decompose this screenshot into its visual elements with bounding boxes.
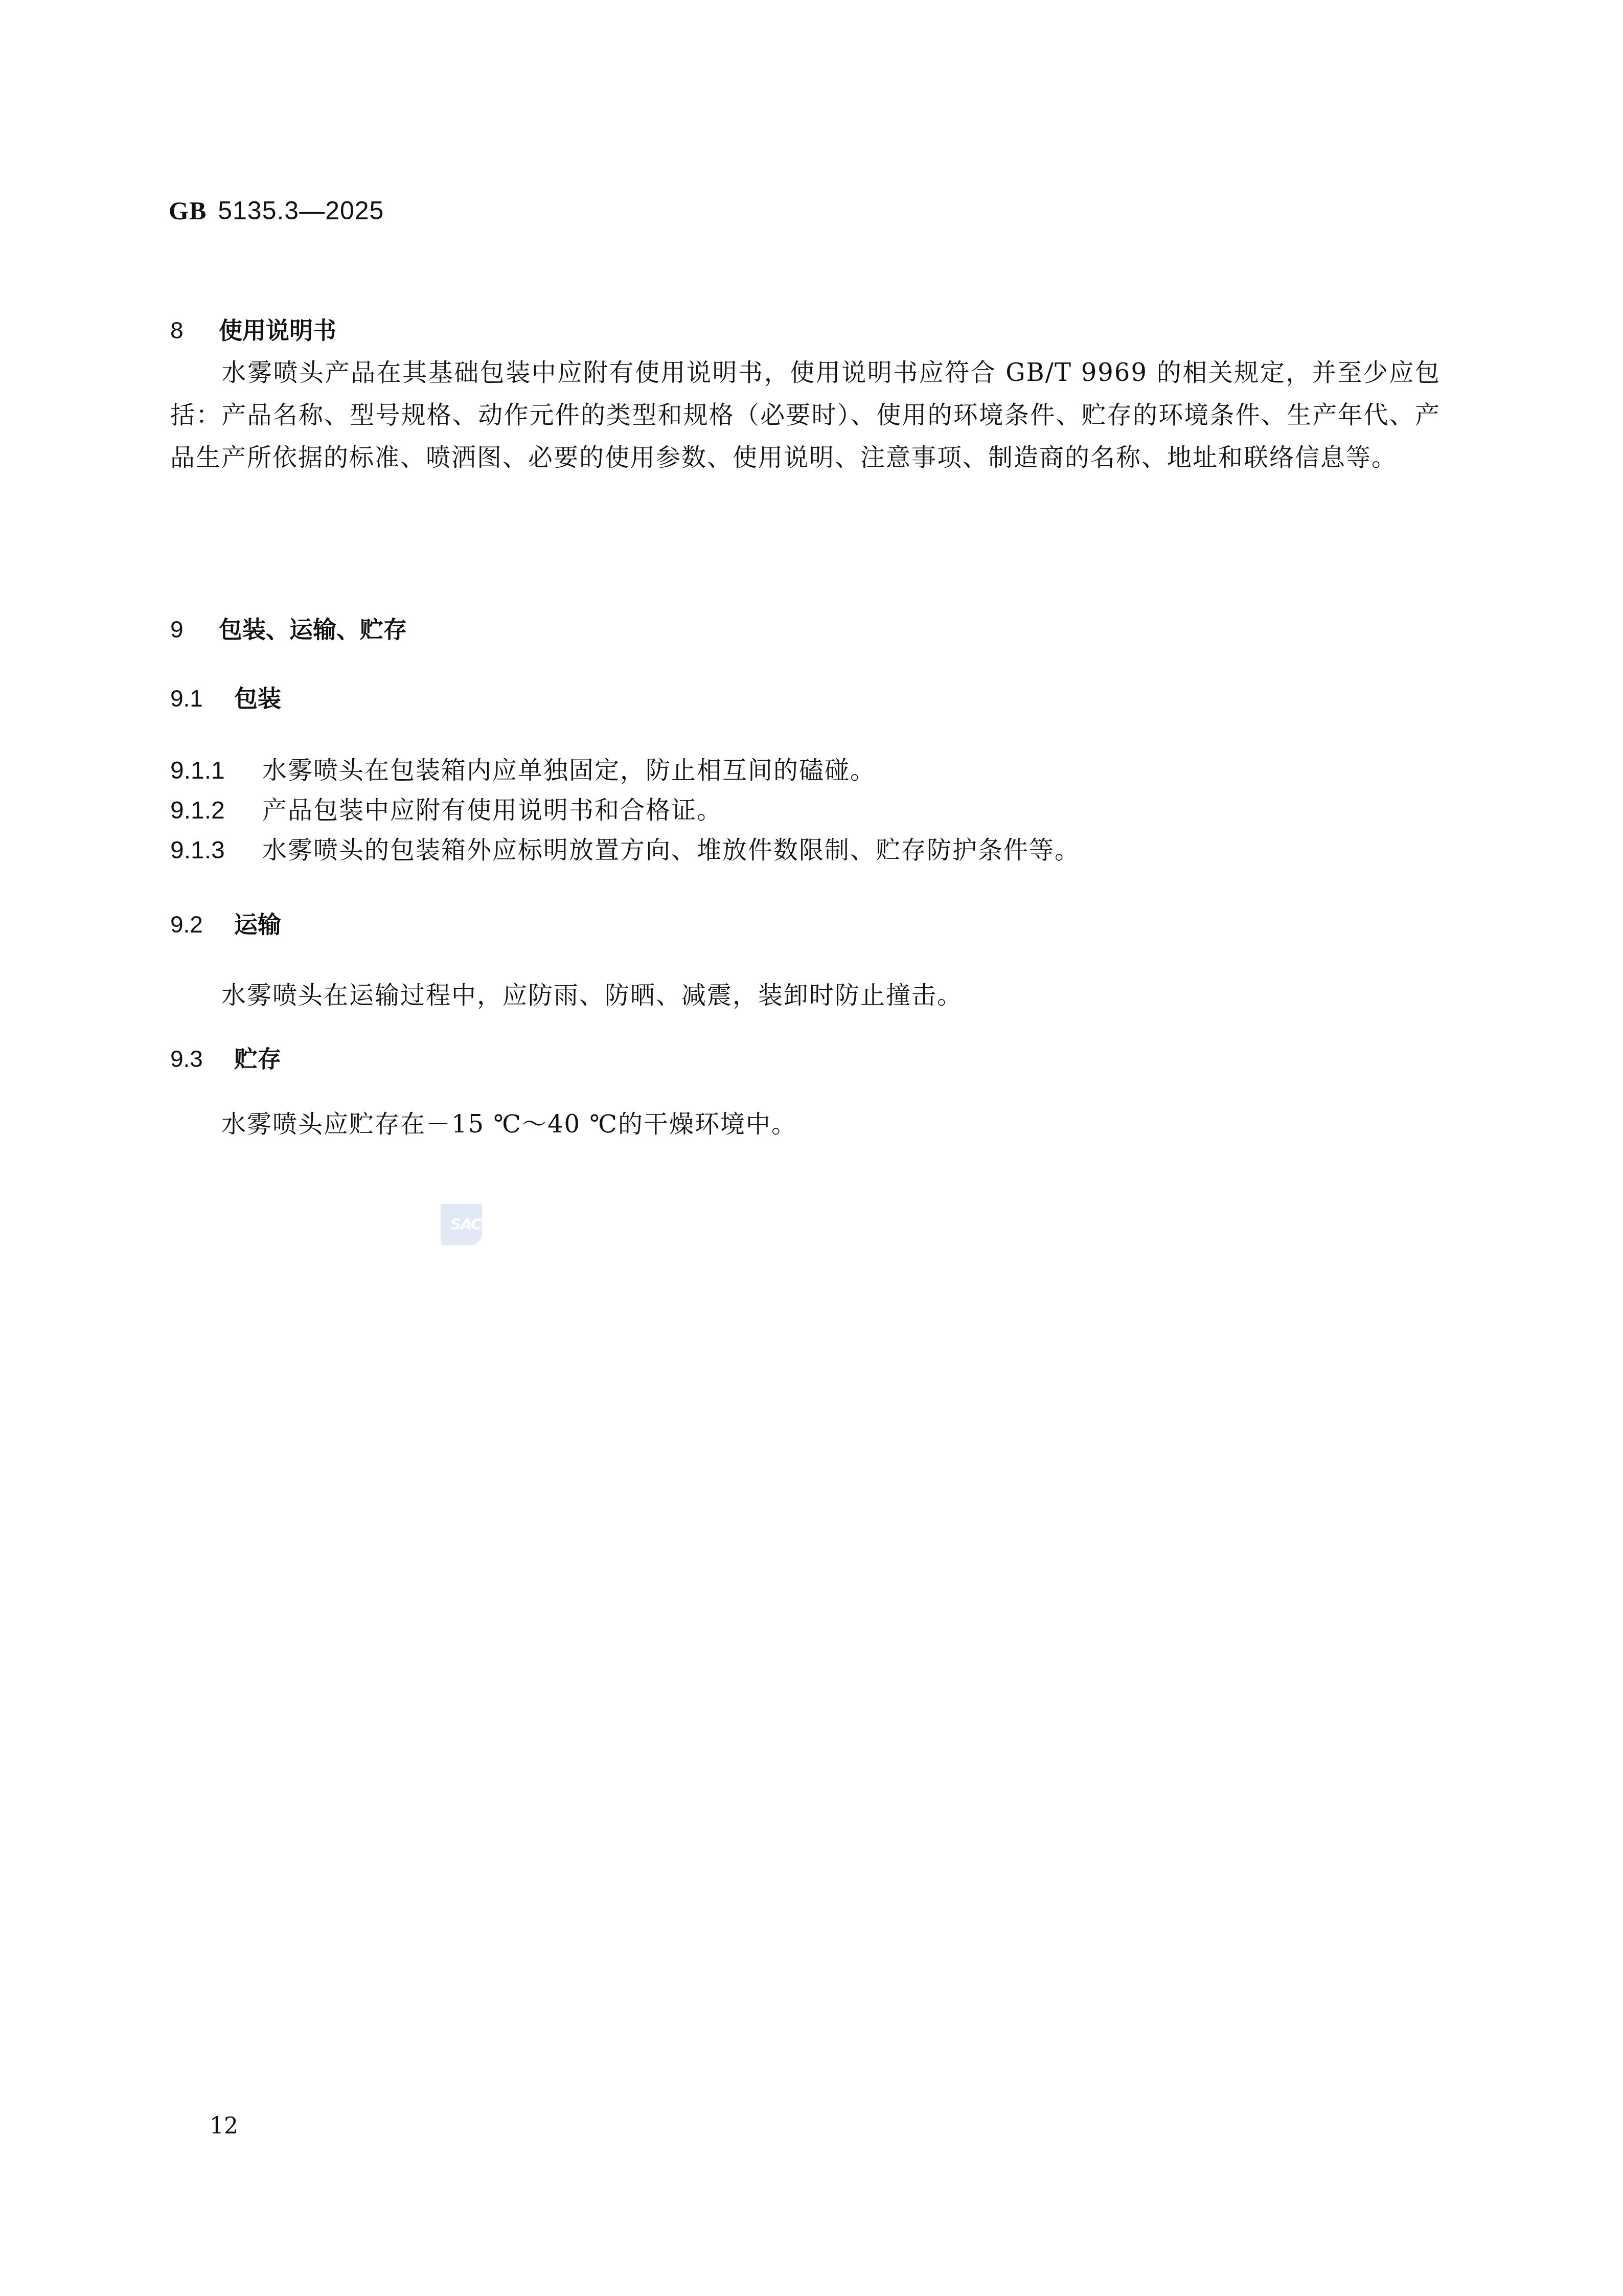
section-9-heading: 9包装、运输、贮存 [170, 611, 407, 645]
section-number: 9 [170, 616, 219, 643]
section-title: 使用说明书 [219, 316, 336, 344]
section-8-paragraph: 水雾喷头产品在其基础包装中应附有使用说明书，使用说明书应符合 GB/T 9969… [170, 352, 1441, 479]
section-title: 贮存 [234, 1045, 281, 1073]
clause-number: 9.1.1 [170, 757, 262, 785]
watermark-label: SAC [450, 1216, 481, 1234]
standard-code: GB5135.3—2025 [169, 196, 384, 225]
section-number: 9.3 [170, 1045, 234, 1073]
section-title: 包装 [234, 685, 281, 712]
section-title: 运输 [234, 911, 281, 938]
paragraph-text: 水雾喷头产品在其基础包装中应附有使用说明书，使用说明书应符合 GB/T 9969… [170, 358, 1441, 472]
section-9-3-heading: 9.3贮存 [170, 1040, 281, 1074]
standard-prefix: GB [169, 196, 207, 225]
clause-9-1-3: 9.1.3水雾喷头的包装箱外应标明放置方向、堆放件数限制、贮存防护条件等。 [170, 830, 1080, 866]
clause-number: 9.1.2 [170, 797, 262, 825]
section-9-3-text: 水雾喷头应贮存在－15 ℃～40 ℃的干燥环境中。 [221, 1104, 797, 1140]
clause-9-1-2: 9.1.2产品包装中应附有使用说明书和合格证。 [170, 790, 722, 826]
clause-text: 水雾喷头在包装箱内应单独固定，防止相互间的磕碰。 [262, 756, 876, 785]
page-number: 12 [210, 2113, 238, 2139]
section-number: 9.2 [170, 911, 234, 938]
section-9-2-text: 水雾喷头在运输过程中，应防雨、防晒、减震，装卸时防止撞击。 [221, 975, 963, 1011]
clause-9-1-1: 9.1.1水雾喷头在包装箱内应单独固定，防止相互间的磕碰。 [170, 751, 876, 786]
section-title: 包装、运输、贮存 [219, 616, 407, 643]
standard-number: 5135.3—2025 [218, 196, 384, 225]
section-9-1-heading: 9.1包装 [170, 680, 281, 714]
clause-text: 水雾喷头的包装箱外应标明放置方向、堆放件数限制、贮存防护条件等。 [262, 836, 1080, 865]
clause-text: 产品包装中应附有使用说明书和合格证。 [262, 796, 722, 825]
clause-number: 9.1.3 [170, 836, 262, 865]
section-number: 8 [170, 316, 219, 344]
sac-logo-icon: SAC [441, 1204, 482, 1245]
section-number: 9.1 [170, 685, 234, 712]
section-8-heading: 8使用说明书 [170, 312, 336, 346]
section-9-2-heading: 9.2运输 [170, 906, 281, 940]
